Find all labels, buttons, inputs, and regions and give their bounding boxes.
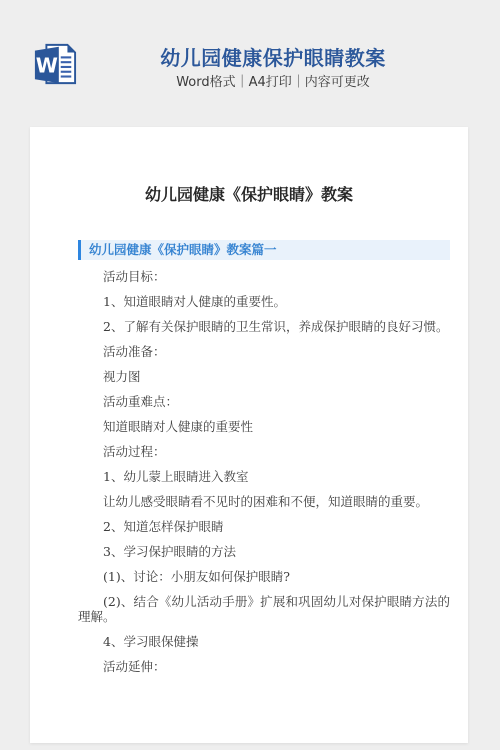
paragraph: 活动过程： (78, 444, 450, 459)
preview-title: 幼儿园健康保护眼睛教案 (46, 45, 500, 71)
paragraph: 1、幼儿蒙上眼睛进入教室 (78, 469, 450, 484)
paragraph: 1、知道眼睛对人健康的重要性。 (78, 294, 450, 309)
paragraph: 4、学习眼保健操 (78, 634, 450, 649)
paragraph: 2、知道怎样保护眼睛 (78, 519, 450, 534)
paragraph: 活动重难点： (78, 394, 450, 409)
preview-header: W 幼儿园健康保护眼睛教案 Word格式｜A4打印｜内容可更改 (0, 0, 500, 127)
paragraph: (2)、结合《幼儿活动手册》扩展和巩固幼儿对保护眼睛方法的理解。 (78, 594, 450, 624)
paragraph: 3、学习保护眼睛的方法 (78, 544, 450, 559)
document-title: 幼儿园健康《保护眼睛》教案 (30, 184, 468, 206)
header-text-block: 幼儿园健康保护眼睛教案 Word格式｜A4打印｜内容可更改 (46, 0, 500, 92)
paragraph: 知道眼睛对人健康的重要性 (78, 419, 450, 434)
document-body: 活动目标：1、知道眼睛对人健康的重要性。2、了解有关保护眼睛的卫生常识，养成保护… (78, 269, 450, 674)
section-heading: 幼儿园健康《保护眼睛》教案篇一 (78, 240, 450, 260)
paragraph: (1)、讨论：小朋友如何保护眼睛? (78, 569, 450, 584)
paragraph: 让幼儿感受眼睛看不见时的困难和不便，知道眼睛的重要。 (78, 494, 450, 509)
paragraph: 活动延伸： (78, 659, 450, 674)
paragraph: 视力图 (78, 369, 450, 384)
preview-subtitle: Word格式｜A4打印｜内容可更改 (46, 74, 500, 92)
document-page: 幼儿园健康《保护眼睛》教案 幼儿园健康《保护眼睛》教案篇一 活动目标：1、知道眼… (30, 127, 468, 743)
paragraph: 2、了解有关保护眼睛的卫生常识，养成保护眼睛的良好习惯。 (78, 319, 450, 334)
paragraph: 活动准备： (78, 344, 450, 359)
paragraph: 活动目标： (78, 269, 450, 284)
